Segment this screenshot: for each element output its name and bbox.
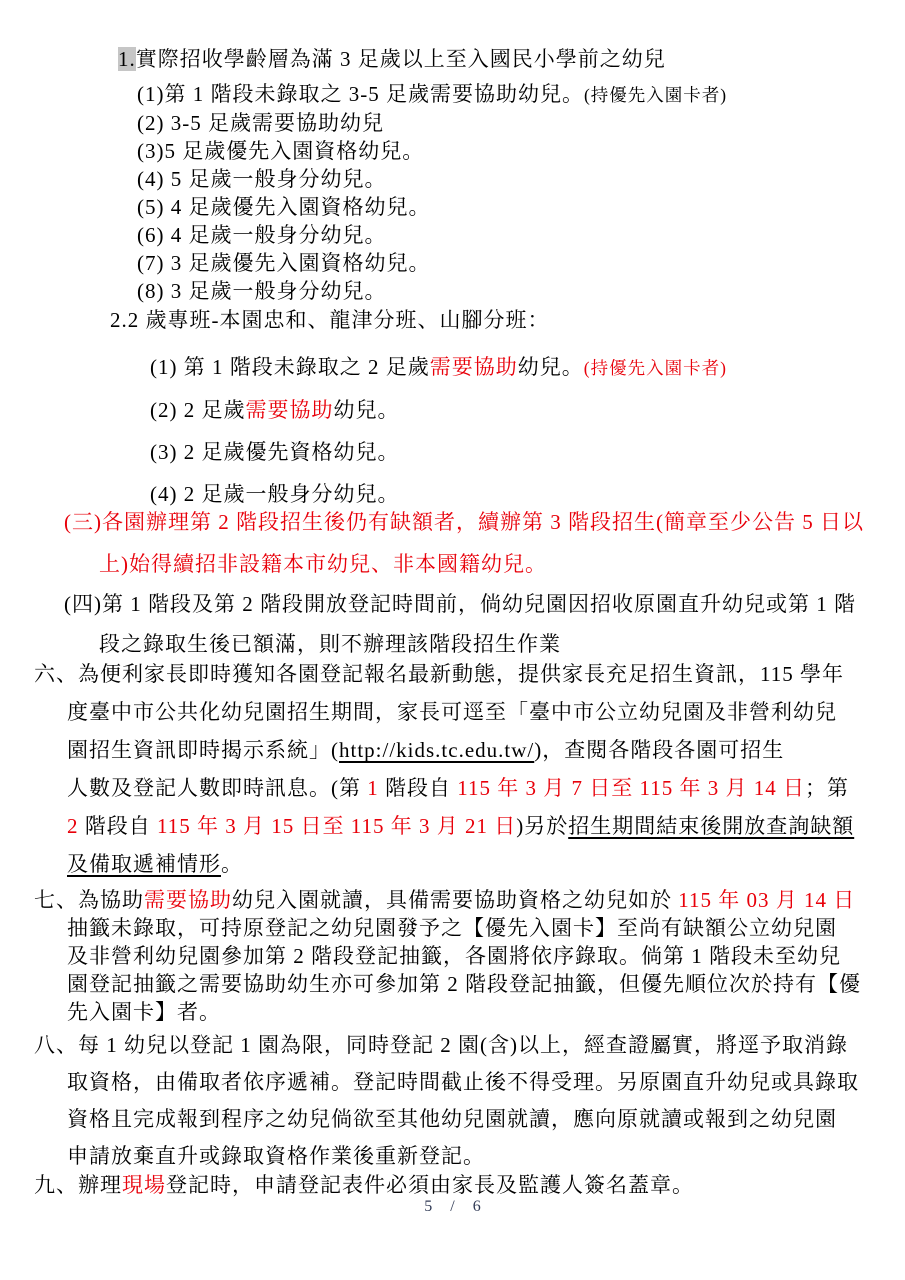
text-line: (6) 4 足歲一般身分幼兒。 <box>137 222 905 248</box>
current-page: 5 <box>424 1198 432 1215</box>
text-segment: 抽籤未錄取，可持原登記之幼兒園發予之【優先入園卡】至尚有缺額公立幼兒園 <box>67 916 837 940</box>
page-separator: / <box>450 1198 454 1215</box>
text-segment: 2.2 歲專班-本園忠和、龍津分班、山腳分班： <box>110 308 550 332</box>
text-segment: 申請放棄直升或錄取資格作業後重新登記。 <box>67 1144 485 1168</box>
text-segment: (8) 3 足歲一般身分幼兒。 <box>137 279 387 303</box>
highlighted-list-number: 1. <box>118 47 136 71</box>
text-segment: )另於 <box>516 814 568 838</box>
text-segment: 招生期間結束後開放查詢缺額 <box>568 814 854 838</box>
text-segment: (1) 第 1 階段未錄取之 2 足歲 <box>150 355 430 379</box>
text-segment: (持優先入園卡者) <box>584 85 727 105</box>
text-segment: (四)第 1 階段及第 2 階段開放登記時間前，倘幼兒園因招收原園直升幼兒或第 … <box>64 592 856 616</box>
text-segment: 115 年 03 月 14 日 <box>678 888 855 912</box>
text-line: 申請放棄直升或錄取資格作業後重新登記。 <box>67 1143 905 1169</box>
text-line: (4) 5 足歲一般身分幼兒。 <box>137 166 905 192</box>
text-segment: 八、每 1 幼兒以登記 1 園為限，同時登記 2 園(含)以上，經查證屬實，將逕… <box>34 1033 848 1057</box>
text-segment: (4) 2 足歲一般身分幼兒。 <box>150 482 400 506</box>
text-line: 六、為便利家長即時獲知各園登記報名最新動態，提供家長充足招生資訊，115 學年 <box>34 661 905 687</box>
text-segment: 115 年 3 月 7 日至 115 年 3 月 14 日 <box>457 776 805 800</box>
text-segment: 登記時，申請登記表件必須由家長及監護人簽名蓋章。 <box>166 1173 694 1197</box>
text-segment: 段之錄取生後已額滿，則不辦理該階段招生作業 <box>99 632 561 656</box>
text-segment: 及備取遞補情形 <box>67 852 221 876</box>
text-segment: (6) 4 足歲一般身分幼兒。 <box>137 223 387 247</box>
text-line: (5) 4 足歲優先入園資格幼兒。 <box>137 194 905 220</box>
document-page: 1.實際招收學齡層為滿 3 足歲以上至入國民小學前之幼兒(1)第 1 階段未錄取… <box>0 0 905 1280</box>
text-line: 1.實際招收學齡層為滿 3 足歲以上至入國民小學前之幼兒 <box>118 46 905 72</box>
text-segment: (4) 5 足歲一般身分幼兒。 <box>137 167 387 191</box>
text-segment: 人數及登記人數即時訊息。(第 <box>67 776 367 800</box>
text-segment: )，查閱各階段各園可招生 <box>534 738 784 762</box>
text-line: (1) 第 1 階段未錄取之 2 足歲需要協助幼兒。(持優先入園卡者) <box>150 354 905 381</box>
text-line: 及備取遞補情形。 <box>67 851 905 877</box>
text-line: 2.2 歲專班-本園忠和、龍津分班、山腳分班： <box>110 307 905 333</box>
text-segment: 及非營利幼兒園參加第 2 階段登記抽籤，各園將依序錄取。倘第 1 階段未至幼兒 <box>67 944 841 968</box>
text-segment: 實際招收學齡層為滿 3 足歲以上至入國民小學前之幼兒 <box>136 47 666 71</box>
text-segment: 上)始得續招非設籍本市幼兒、非本國籍幼兒。 <box>99 552 547 576</box>
text-segment: 先入園卡】者。 <box>67 1000 221 1024</box>
text-line: (7) 3 足歲優先入園資格幼兒。 <box>137 250 905 276</box>
text-line: 2 階段自 115 年 3 月 15 日至 115 年 3 月 21 日)另於招… <box>67 813 905 839</box>
text-segment: 2 <box>67 814 79 838</box>
text-segment: 需要協助 <box>144 888 232 912</box>
enrollment-system-url[interactable]: http://kids.tc.edu.tw/ <box>339 738 534 762</box>
text-segment: 階段自 <box>379 776 458 800</box>
text-segment: 園招生資訊即時揭示系統」( <box>67 738 339 762</box>
text-segment: 九、辦理 <box>34 1173 122 1197</box>
text-segment: 階段自 <box>79 814 158 838</box>
text-segment: 現場 <box>122 1173 166 1197</box>
text-line: 取資格，由備取者依序遞補。登記時間截止後不得受理。另原園直升幼兒或具錄取 <box>67 1069 905 1095</box>
text-line: 先入園卡】者。 <box>67 999 905 1025</box>
text-line: 及非營利幼兒園參加第 2 階段登記抽籤，各園將依序錄取。倘第 1 階段未至幼兒 <box>67 943 905 969</box>
text-segment: ；第 <box>805 776 849 800</box>
text-segment: 資格且完成報到程序之幼兒倘欲至其他幼兒園就讀，應向原就讀或報到之幼兒園 <box>67 1107 837 1131</box>
text-line: (3)5 足歲優先入園資格幼兒。 <box>137 138 905 164</box>
text-segment: (7) 3 足歲優先入園資格幼兒。 <box>137 251 431 275</box>
text-line: (2) 2 足歲需要協助幼兒。 <box>150 397 905 423</box>
text-segment: 115 年 3 月 15 日至 115 年 3 月 21 日 <box>157 814 516 838</box>
text-line: 八、每 1 幼兒以登記 1 園為限，同時登記 2 園(含)以上，經查證屬實，將逕… <box>34 1032 905 1058</box>
total-pages: 6 <box>473 1198 481 1215</box>
text-segment: 幼兒。 <box>334 398 400 422</box>
text-segment: 七、為協助 <box>34 888 144 912</box>
text-segment: 六、為便利家長即時獲知各園登記報名最新動態，提供家長充足招生資訊，115 學年 <box>34 662 844 686</box>
text-segment: (三)各園辦理第 2 階段招生後仍有缺額者，續辦第 3 階段招生(簡章至少公告 … <box>64 510 864 534</box>
text-line: 抽籤未錄取，可持原登記之幼兒園發予之【優先入園卡】至尚有缺額公立幼兒園 <box>67 915 905 941</box>
text-line: (4) 2 足歲一般身分幼兒。 <box>150 481 905 507</box>
text-line: 上)始得續招非設籍本市幼兒、非本國籍幼兒。 <box>99 551 905 577</box>
text-segment: (5) 4 足歲優先入園資格幼兒。 <box>137 195 431 219</box>
text-segment: 幼兒。 <box>518 355 584 379</box>
text-line: (8) 3 足歲一般身分幼兒。 <box>137 278 905 304</box>
text-line: 七、為協助需要協助幼兒入園就讀，具備需要協助資格之幼兒如於 115 年 03 月… <box>34 887 905 913</box>
text-line: 人數及登記人數即時訊息。(第 1 階段自 115 年 3 月 7 日至 115 … <box>67 775 905 801</box>
text-line: 資格且完成報到程序之幼兒倘欲至其他幼兒園就讀，應向原就讀或報到之幼兒園 <box>67 1106 905 1132</box>
text-segment: 度臺中市公共化幼兒園招生期間，家長可逕至「臺中市公立幼兒園及非營利幼兒 <box>67 700 837 724</box>
text-segment: (2) 3-5 足歲需要協助幼兒 <box>137 111 384 135</box>
text-segment: (3) 2 足歲優先資格幼兒。 <box>150 440 400 464</box>
text-segment: (3)5 足歲優先入園資格幼兒。 <box>137 139 424 163</box>
text-line: 段之錄取生後已額滿，則不辦理該階段招生作業 <box>99 631 905 657</box>
document-body: 1.實際招收學齡層為滿 3 足歲以上至入國民小學前之幼兒(1)第 1 階段未錄取… <box>0 0 905 1198</box>
text-line: 園登記抽籤之需要協助幼生亦可參加第 2 階段登記抽籤，但優先順位次於持有【優 <box>67 971 905 997</box>
text-line: 度臺中市公共化幼兒園招生期間，家長可逕至「臺中市公立幼兒園及非營利幼兒 <box>67 699 905 725</box>
text-segment: (2) 2 足歲 <box>150 398 246 422</box>
text-line: (四)第 1 階段及第 2 階段開放登記時間前，倘幼兒園因招收原園直升幼兒或第 … <box>64 591 905 617</box>
text-segment: 幼兒入園就讀，具備需要協助資格之幼兒如於 <box>232 888 678 912</box>
text-line: 九、辦理現場登記時，申請登記表件必須由家長及監護人簽名蓋章。 <box>34 1172 905 1198</box>
text-line: (1)第 1 階段未錄取之 3-5 足歲需要協助幼兒。(持優先入園卡者) <box>137 81 905 108</box>
text-segment: 園登記抽籤之需要協助幼生亦可參加第 2 階段登記抽籤，但優先順位次於持有【優 <box>67 972 861 996</box>
text-segment: (1)第 1 階段未錄取之 3-5 足歲需要協助幼兒。 <box>137 82 584 106</box>
text-line: 園招生資訊即時揭示系統」(http://kids.tc.edu.tw/)，查閱各… <box>67 737 905 763</box>
page-number-footer: 5/6 <box>0 1198 905 1216</box>
text-line: (3) 2 足歲優先資格幼兒。 <box>150 439 905 465</box>
text-line: (2) 3-5 足歲需要協助幼兒 <box>137 110 905 136</box>
text-line: (三)各園辦理第 2 階段招生後仍有缺額者，續辦第 3 階段招生(簡章至少公告 … <box>64 509 905 535</box>
text-segment: 。 <box>221 852 243 876</box>
text-segment: 需要協助 <box>430 355 518 379</box>
text-segment: 1 <box>367 776 379 800</box>
text-segment: 取資格，由備取者依序遞補。登記時間截止後不得受理。另原園直升幼兒或具錄取 <box>67 1070 859 1094</box>
text-segment: (持優先入園卡者) <box>584 358 727 378</box>
text-segment: 需要協助 <box>246 398 334 422</box>
